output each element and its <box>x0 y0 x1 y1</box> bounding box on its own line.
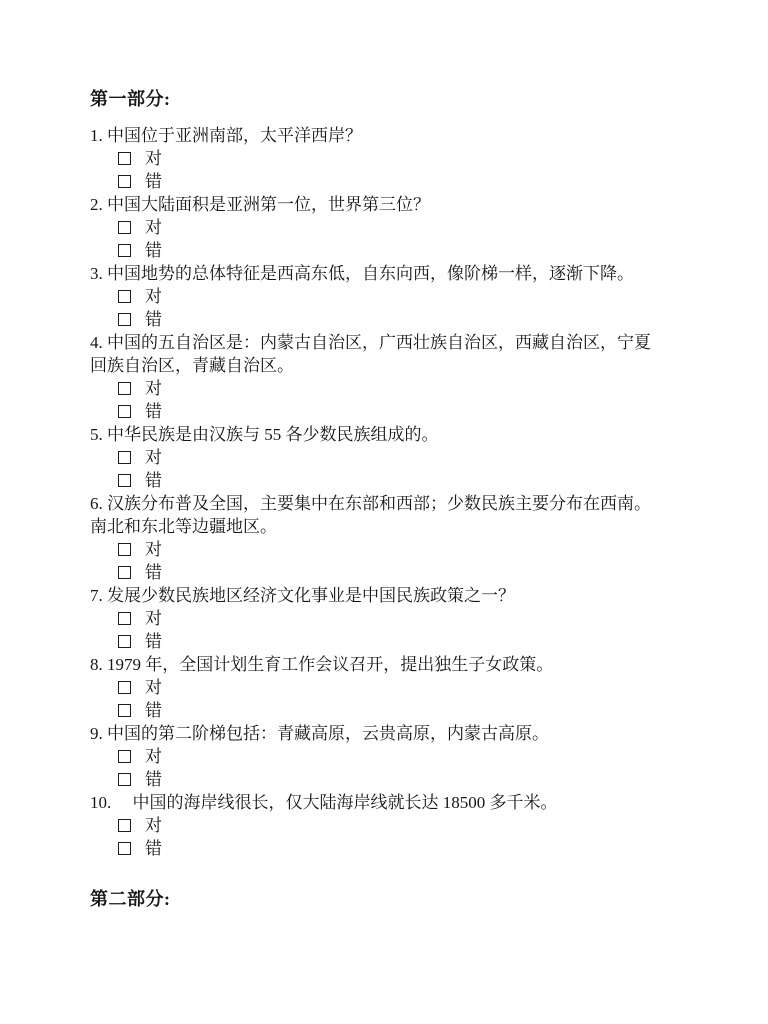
question-1: 1. 中国位于亚洲南部，太平洋西岸？ 对 错 <box>90 124 680 193</box>
option-label: 对 <box>145 446 162 469</box>
checkbox-icon[interactable] <box>118 635 131 648</box>
question-line: 4. 中国的五自治区是：内蒙古自治区，广西壮族自治区，西藏自治区，宁夏 <box>90 333 651 352</box>
checkbox-icon[interactable] <box>118 819 131 832</box>
option-row-false[interactable]: 错 <box>90 630 680 653</box>
question-line: 1. 中国位于亚洲南部，太平洋西岸？ <box>90 126 362 145</box>
option-label: 对 <box>145 607 162 630</box>
option-row-false[interactable]: 错 <box>90 239 680 262</box>
option-row-true[interactable]: 对 <box>90 676 680 699</box>
option-row-true[interactable]: 对 <box>90 607 680 630</box>
option-row-false[interactable]: 错 <box>90 170 680 193</box>
option-row-false[interactable]: 错 <box>90 400 680 423</box>
checkbox-icon[interactable] <box>118 313 131 326</box>
question-10: 10. 中国的海岸线很长，仅大陆海岸线就长达 18500 多千米。 对 错 <box>90 791 680 860</box>
option-row-true[interactable]: 对 <box>90 446 680 469</box>
option-row-true[interactable]: 对 <box>90 538 680 561</box>
checkbox-icon[interactable] <box>118 773 131 786</box>
option-label: 对 <box>145 216 162 239</box>
option-label: 对 <box>145 377 162 400</box>
checkbox-icon[interactable] <box>118 566 131 579</box>
option-label: 对 <box>145 676 162 699</box>
question-3: 3. 中国地势的总体特征是西高东低，自东向西，像阶梯一样，逐渐下降。 对 错 <box>90 262 680 331</box>
option-label: 对 <box>145 147 162 170</box>
question-line: 回族自治区，青藏自治区。 <box>90 356 294 375</box>
question-6: 6. 汉族分布普及全国，主要集中在东部和西部；少数民族主要分布在西南。南北和东北… <box>90 492 680 584</box>
option-row-false[interactable]: 错 <box>90 699 680 722</box>
checkbox-icon[interactable] <box>118 750 131 763</box>
question-text: 9. 中国的第二阶梯包括：青藏高原，云贵高原，内蒙古高原。 <box>90 722 680 745</box>
option-label: 对 <box>145 814 162 837</box>
option-label: 错 <box>145 768 162 791</box>
checkbox-icon[interactable] <box>118 244 131 257</box>
part2-heading: 第二部分: <box>90 888 680 911</box>
checkbox-icon[interactable] <box>118 704 131 717</box>
question-line: 9. 中国的第二阶梯包括：青藏高原，云贵高原，内蒙古高原。 <box>90 724 549 743</box>
checkbox-icon[interactable] <box>118 152 131 165</box>
checkbox-icon[interactable] <box>118 405 131 418</box>
option-label: 对 <box>145 538 162 561</box>
question-line: 6. 汉族分布普及全国，主要集中在东部和西部；少数民族主要分布在西南。 <box>90 494 651 513</box>
question-line: 7. 发展少数民族地区经济文化事业是中国民族政策之一？ <box>90 586 515 605</box>
option-label: 错 <box>145 239 162 262</box>
question-line: 2. 中国大陆面积是亚洲第一位，世界第三位？ <box>90 195 430 214</box>
option-row-false[interactable]: 错 <box>90 768 680 791</box>
question-7: 7. 发展少数民族地区经济文化事业是中国民族政策之一？ 对 错 <box>90 584 680 653</box>
option-row-false[interactable]: 错 <box>90 469 680 492</box>
option-label: 错 <box>145 170 162 193</box>
checkbox-icon[interactable] <box>118 175 131 188</box>
option-row-true[interactable]: 对 <box>90 377 680 400</box>
question-9: 9. 中国的第二阶梯包括：青藏高原，云贵高原，内蒙古高原。 对 错 <box>90 722 680 791</box>
option-label: 错 <box>145 561 162 584</box>
option-label: 错 <box>145 400 162 423</box>
option-label: 错 <box>145 699 162 722</box>
option-row-true[interactable]: 对 <box>90 285 680 308</box>
checkbox-icon[interactable] <box>118 290 131 303</box>
checkbox-icon[interactable] <box>118 474 131 487</box>
question-5: 5. 中华民族是由汉族与 55 各少数民族组成的。 对 错 <box>90 423 680 492</box>
checkbox-icon[interactable] <box>118 221 131 234</box>
option-row-true[interactable]: 对 <box>90 216 680 239</box>
question-text: 10. 中国的海岸线很长，仅大陆海岸线就长达 18500 多千米。 <box>90 791 680 814</box>
question-text: 7. 发展少数民族地区经济文化事业是中国民族政策之一？ <box>90 584 680 607</box>
option-row-true[interactable]: 对 <box>90 814 680 837</box>
question-2: 2. 中国大陆面积是亚洲第一位，世界第三位？ 对 错 <box>90 193 680 262</box>
checkbox-icon[interactable] <box>118 612 131 625</box>
question-line: 8. 1979 年，全国计划生育工作会议召开，提出独生子女政策。 <box>90 655 553 674</box>
option-label: 错 <box>145 630 162 653</box>
option-label: 对 <box>145 745 162 768</box>
question-text: 3. 中国地势的总体特征是西高东低，自东向西，像阶梯一样，逐渐下降。 <box>90 262 680 285</box>
question-8: 8. 1979 年，全国计划生育工作会议召开，提出独生子女政策。 对 错 <box>90 653 680 722</box>
option-row-true[interactable]: 对 <box>90 745 680 768</box>
question-line: 10. 中国的海岸线很长，仅大陆海岸线就长达 18500 多千米。 <box>90 793 558 812</box>
option-label: 错 <box>145 837 162 860</box>
option-row-false[interactable]: 错 <box>90 308 680 331</box>
part1-heading: 第一部分: <box>90 88 680 111</box>
question-line: 南北和东北等边疆地区。 <box>90 517 277 536</box>
option-label: 对 <box>145 285 162 308</box>
question-text: 4. 中国的五自治区是：内蒙古自治区，广西壮族自治区，西藏自治区，宁夏回族自治区… <box>90 331 680 377</box>
option-row-true[interactable]: 对 <box>90 147 680 170</box>
question-text: 1. 中国位于亚洲南部，太平洋西岸？ <box>90 124 680 147</box>
question-text: 2. 中国大陆面积是亚洲第一位，世界第三位？ <box>90 193 680 216</box>
option-row-false[interactable]: 错 <box>90 837 680 860</box>
question-4: 4. 中国的五自治区是：内蒙古自治区，广西壮族自治区，西藏自治区，宁夏回族自治区… <box>90 331 680 423</box>
question-line: 5. 中华民族是由汉族与 55 各少数民族组成的。 <box>90 425 439 444</box>
checkbox-icon[interactable] <box>118 382 131 395</box>
question-line: 3. 中国地势的总体特征是西高东低，自东向西，像阶梯一样，逐渐下降。 <box>90 264 634 283</box>
question-text: 5. 中华民族是由汉族与 55 各少数民族组成的。 <box>90 423 680 446</box>
option-row-false[interactable]: 错 <box>90 561 680 584</box>
document-page: 第一部分: 1. 中国位于亚洲南部，太平洋西岸？ 对 错 2. 中国大陆面积是亚… <box>0 0 768 1024</box>
checkbox-icon[interactable] <box>118 842 131 855</box>
question-text: 8. 1979 年，全国计划生育工作会议召开，提出独生子女政策。 <box>90 653 680 676</box>
checkbox-icon[interactable] <box>118 681 131 694</box>
option-label: 错 <box>145 469 162 492</box>
checkbox-icon[interactable] <box>118 543 131 556</box>
checkbox-icon[interactable] <box>118 451 131 464</box>
question-text: 6. 汉族分布普及全国，主要集中在东部和西部；少数民族主要分布在西南。南北和东北… <box>90 492 680 538</box>
option-label: 错 <box>145 308 162 331</box>
